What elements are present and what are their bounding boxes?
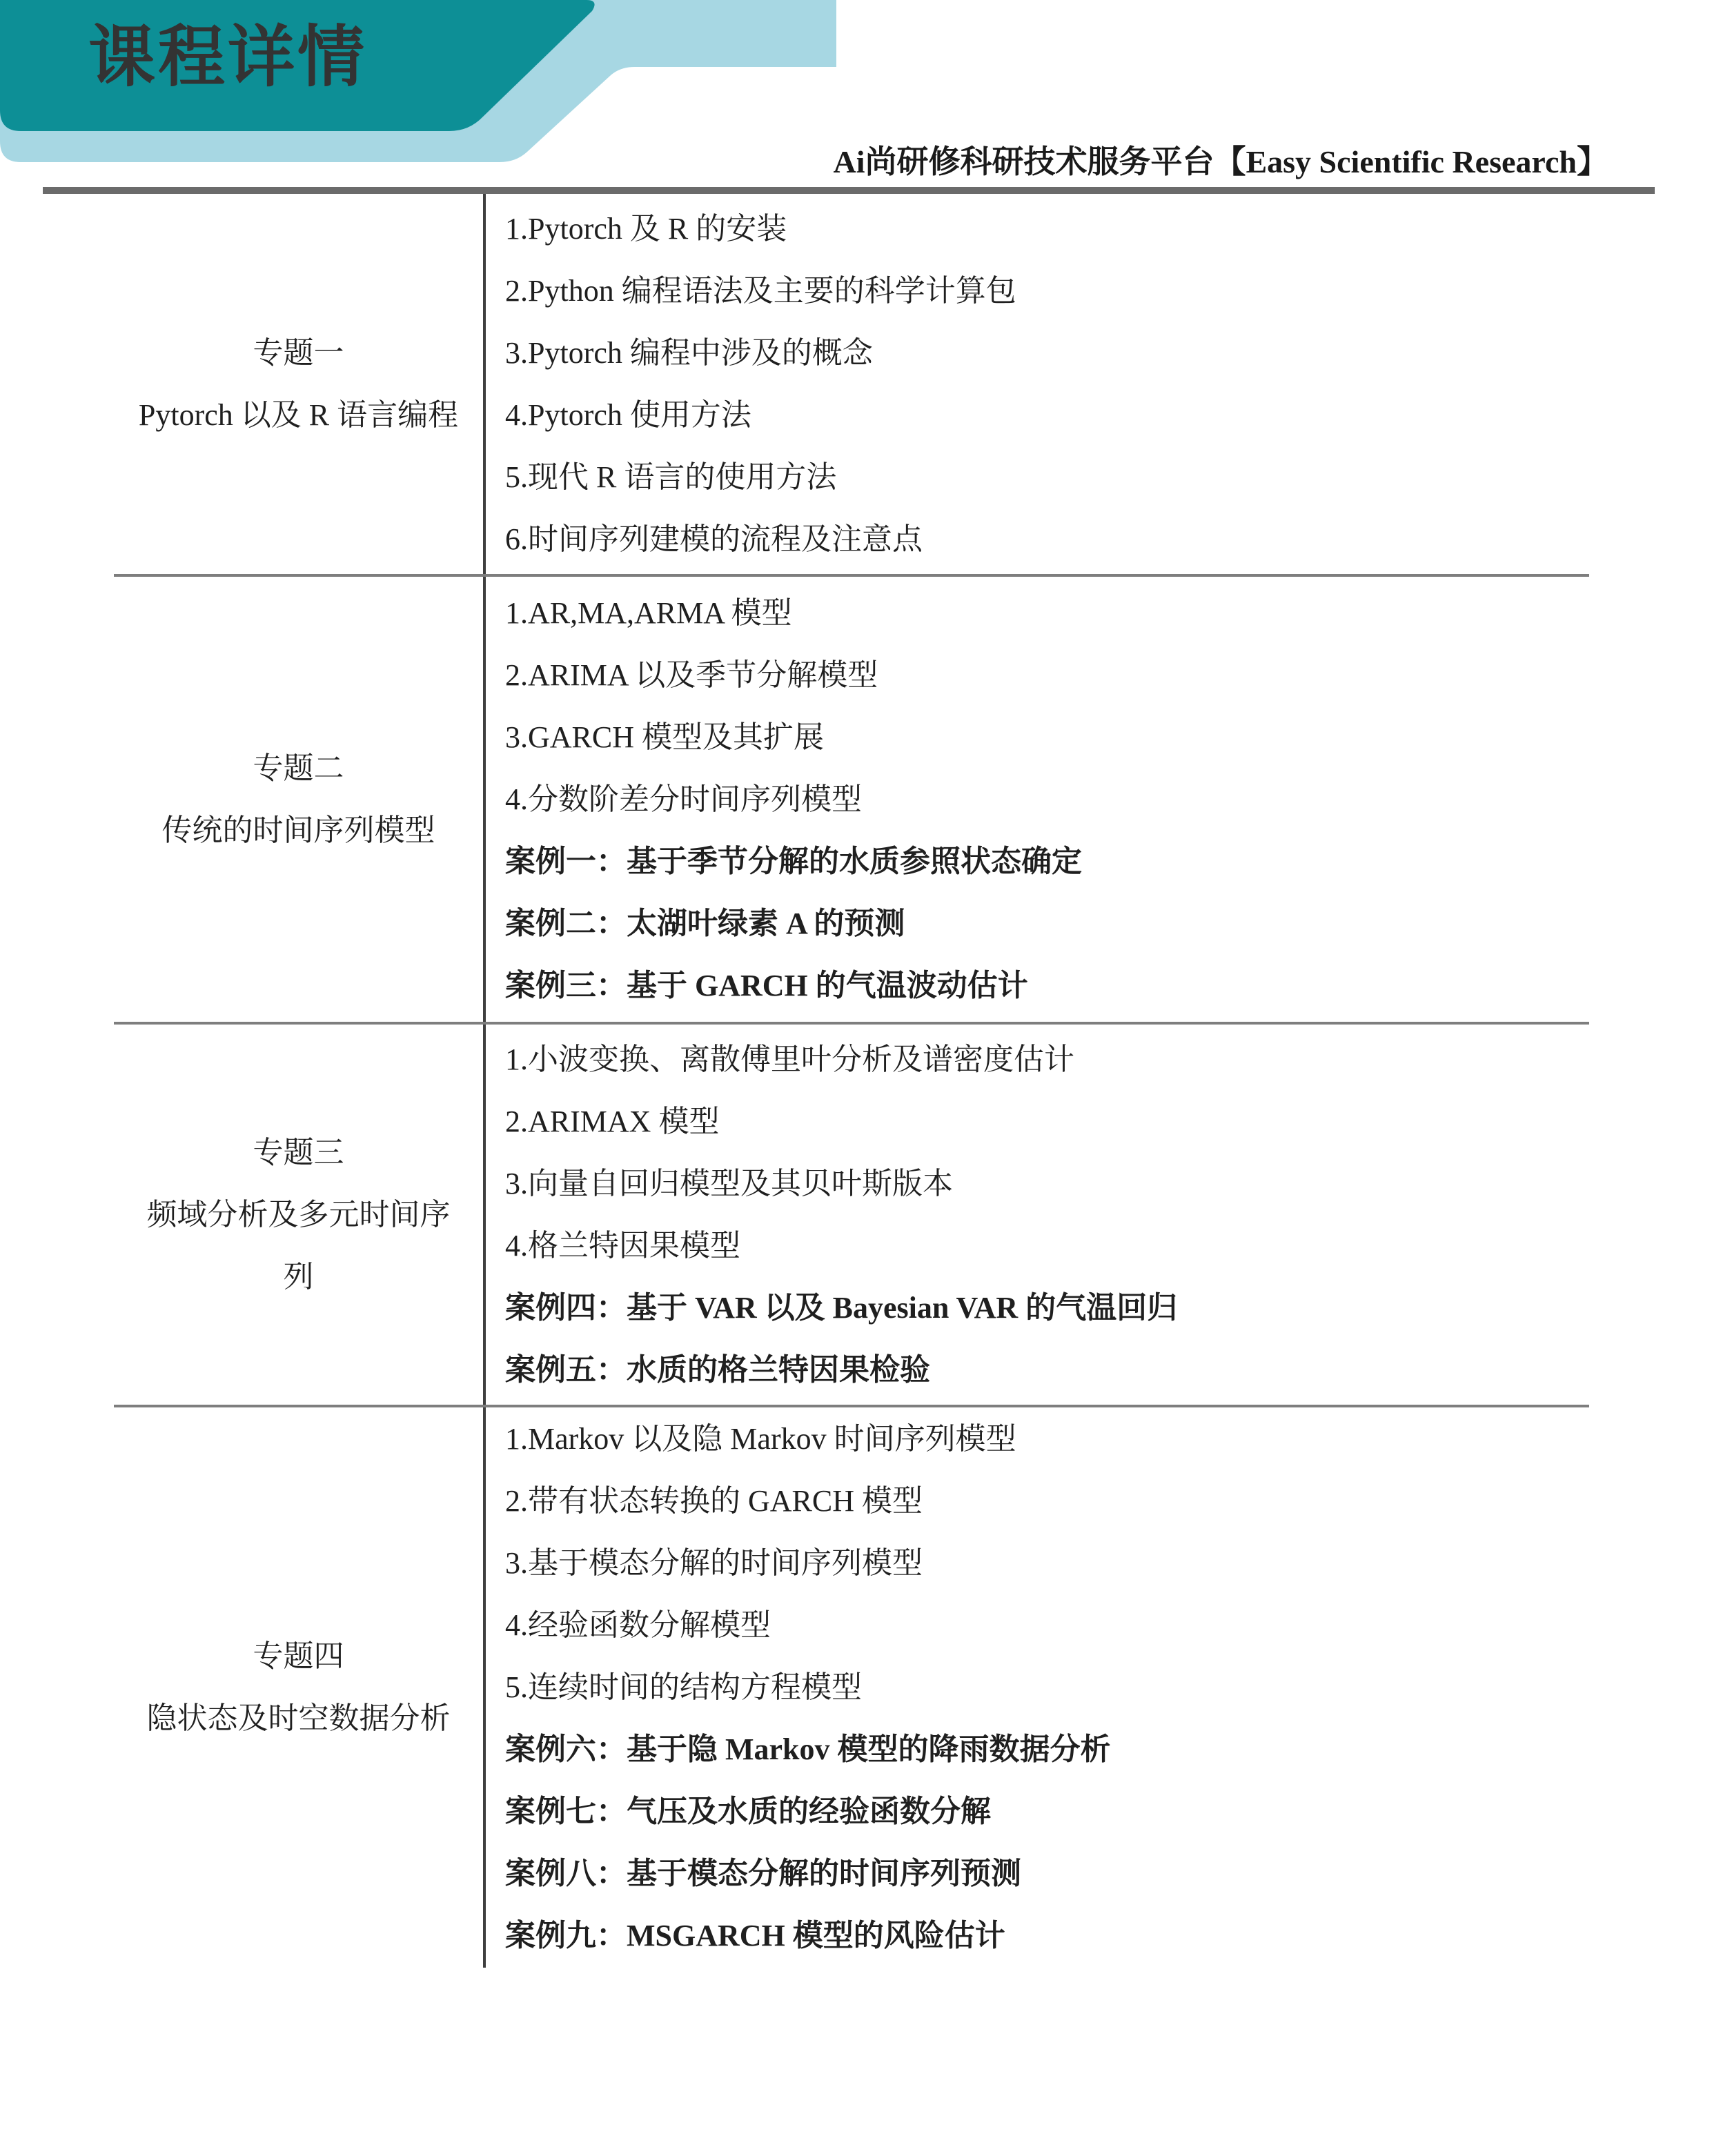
content-line: 1.Pytorch 及 R 的安装 (505, 198, 1589, 260)
content-line: 4.Pytorch 使用方法 (505, 384, 1589, 446)
content-line: 1.小波变换、离散傅里叶分析及谱密度估计 (505, 1029, 1589, 1091)
topic-cell: 专题四隐状态及时空数据分析 (114, 1407, 483, 1968)
content-line: 1.Markov 以及隐 Markov 时间序列模型 (505, 1408, 1589, 1470)
topic-cell: 专题一Pytorch 以及 R 语言编程 (114, 194, 483, 574)
content-line: 3.GARCH 模型及其扩展 (505, 706, 1589, 769)
course-table: 专题一Pytorch 以及 R 语言编程 1.Pytorch 及 R 的安装2.… (114, 194, 1589, 1968)
content-line: 2.带有状态转换的 GARCH 模型 (505, 1470, 1589, 1532)
case-line: 案例五：水质的格兰特因果检验 (505, 1339, 1589, 1401)
topic-line: 专题二 (253, 738, 344, 800)
content-line: 4.格兰特因果模型 (505, 1215, 1589, 1277)
topic-line: 频域分析及多元时间序 (147, 1184, 451, 1246)
content-line: 2.ARIMA 以及季节分解模型 (505, 644, 1589, 706)
table-row: 专题二传统的时间序列模型 1.AR,MA,ARMA 模型2.ARIMA 以及季节… (114, 574, 1589, 1022)
content-line: 1.AR,MA,ARMA 模型 (505, 582, 1589, 644)
table-row: 专题一Pytorch 以及 R 语言编程 1.Pytorch 及 R 的安装2.… (114, 194, 1589, 574)
topic-line: 隐状态及时空数据分析 (147, 1688, 451, 1750)
topic-line: 专题一 (253, 322, 344, 384)
case-line: 案例三：基于 GARCH 的气温波动估计 (505, 955, 1589, 1017)
content-line: 3.Pytorch 编程中涉及的概念 (505, 322, 1589, 384)
content-cell: 1.Markov 以及隐 Markov 时间序列模型2.带有状态转换的 GARC… (483, 1407, 1589, 1968)
topic-line: 专题四 (253, 1625, 344, 1688)
content-line: 3.向量自回归模型及其贝叶斯版本 (505, 1153, 1589, 1215)
topic-cell: 专题三频域分析及多元时间序列 (114, 1025, 483, 1405)
course-detail-page: 课程详情 Ai尚研修科研技术服务平台【Easy Scientific Resea… (0, 0, 1712, 2156)
case-line: 案例八：基于模态分解的时间序列预测 (505, 1843, 1589, 1905)
topic-line: 专题三 (253, 1122, 344, 1184)
content-line: 6.时间序列建模的流程及注意点 (505, 508, 1589, 571)
header-rule (43, 187, 1655, 194)
case-line: 案例四：基于 VAR 以及 Bayesian VAR 的气温回归 (505, 1277, 1589, 1339)
content-line: 5.现代 R 语言的使用方法 (505, 446, 1589, 508)
topic-line: Pytorch 以及 R 语言编程 (139, 384, 458, 446)
platform-header: Ai尚研修科研技术服务平台【Easy Scientific Research】 (833, 137, 1608, 182)
case-line: 案例六：基于隐 Markov 模型的降雨数据分析 (505, 1719, 1589, 1781)
case-line: 案例一：基于季节分解的水质参照状态确定 (505, 831, 1589, 893)
content-line: 5.连续时间的结构方程模型 (505, 1656, 1589, 1719)
content-cell: 1.Pytorch 及 R 的安装2.Python 编程语法及主要的科学计算包3… (483, 194, 1589, 574)
content-line: 2.ARIMAX 模型 (505, 1091, 1589, 1153)
table-row: 专题四隐状态及时空数据分析 1.Markov 以及隐 Markov 时间序列模型… (114, 1405, 1589, 1968)
content-line: 2.Python 编程语法及主要的科学计算包 (505, 260, 1589, 322)
case-line: 案例九：MSGARCH 模型的风险估计 (505, 1905, 1589, 1967)
content-line: 4.经验函数分解模型 (505, 1594, 1589, 1656)
page-title: 课程详情 (88, 21, 367, 95)
table-row: 专题三频域分析及多元时间序列 1.小波变换、离散傅里叶分析及谱密度估计2.ARI… (114, 1022, 1589, 1405)
content-line: 4.分数阶差分时间序列模型 (505, 769, 1589, 831)
content-line: 3.基于模态分解的时间序列模型 (505, 1532, 1589, 1594)
content-cell: 1.小波变换、离散傅里叶分析及谱密度估计2.ARIMAX 模型3.向量自回归模型… (483, 1025, 1589, 1405)
topic-line: 传统的时间序列模型 (162, 800, 435, 862)
topic-cell: 专题二传统的时间序列模型 (114, 577, 483, 1022)
case-line: 案例七：气压及水质的经验函数分解 (505, 1781, 1589, 1843)
case-line: 案例二：太湖叶绿素 A 的预测 (505, 893, 1589, 955)
topic-line: 列 (284, 1246, 314, 1308)
content-cell: 1.AR,MA,ARMA 模型2.ARIMA 以及季节分解模型3.GARCH 模… (483, 577, 1589, 1022)
